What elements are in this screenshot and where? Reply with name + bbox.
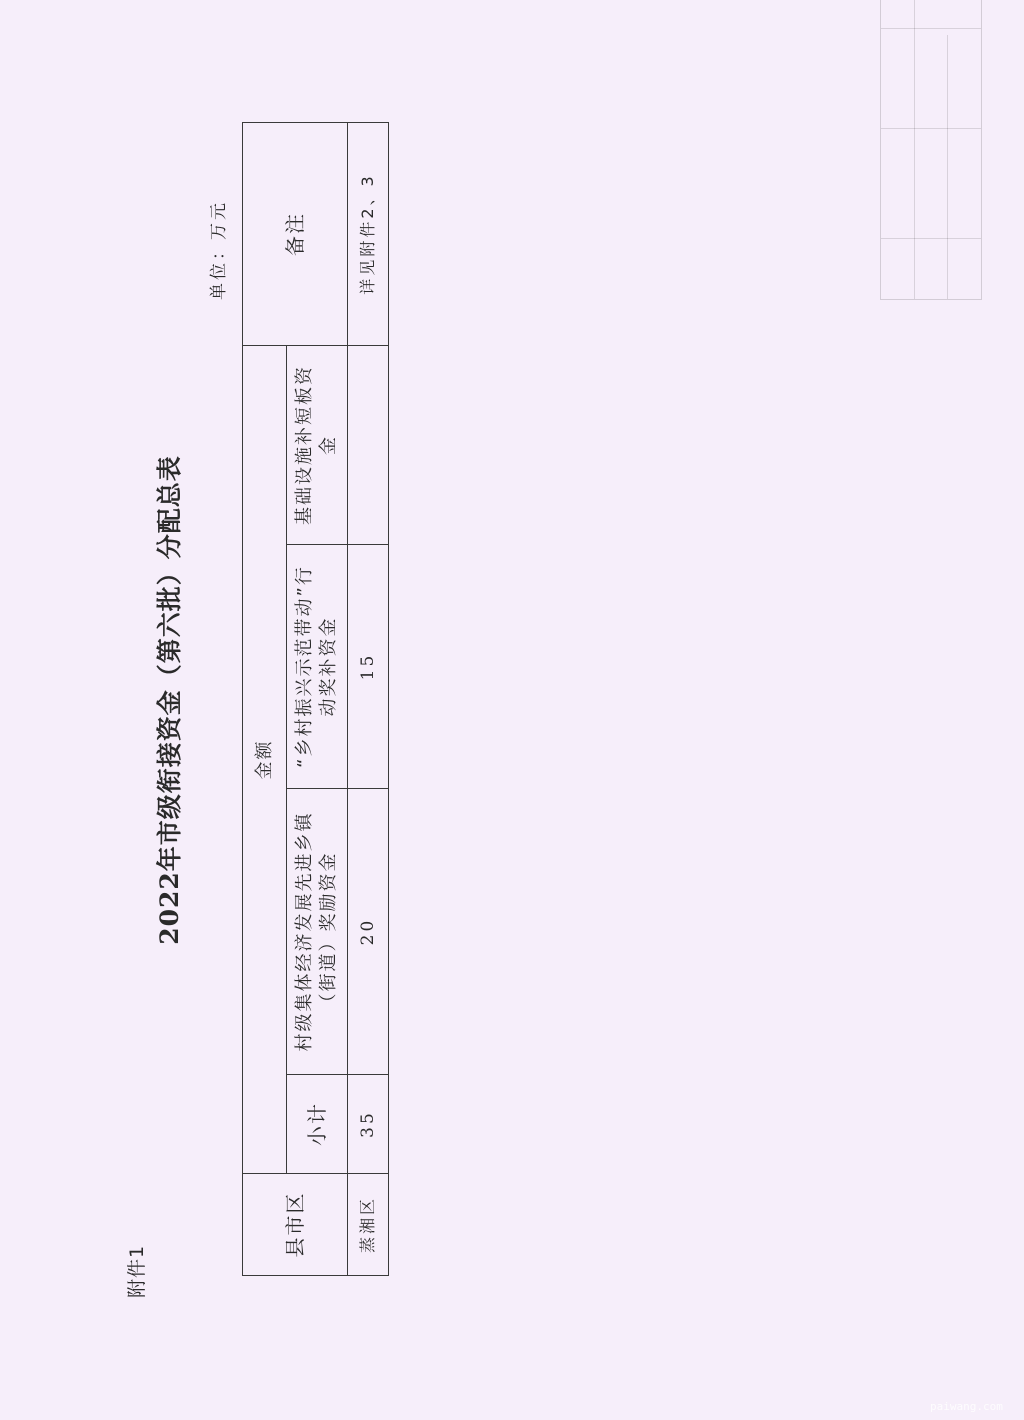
- header-county: 县市区: [243, 1174, 348, 1276]
- header-amount-group: 金额: [243, 346, 287, 1174]
- cell-subtotal: 35: [348, 1075, 389, 1174]
- cell-county: 蒸湘区: [348, 1174, 389, 1276]
- attachment-label: 附件1: [122, 1245, 149, 1298]
- cell-rural-revitalization: 15: [348, 545, 389, 789]
- header-rural-revitalization: “乡村振兴示范带动”行动奖补资金: [287, 545, 348, 789]
- header-infrastructure: 基础设施补短板资金: [287, 346, 348, 545]
- header-remarks: 备注: [243, 123, 348, 346]
- allocation-table: 县市区 金额 备注 小计 村级集体经济发展先进乡镇（街道）奖励资金 “乡村振兴示…: [242, 122, 389, 1276]
- watermark: paiwang.com: [930, 1400, 1003, 1413]
- bleed-through-table: [880, 0, 982, 300]
- table-row: 蒸湘区 35 20 15 详见附件2、3: [348, 123, 389, 1276]
- header-subtotal: 小计: [287, 1075, 348, 1174]
- cell-village-collective: 20: [348, 789, 389, 1075]
- unit-label: 单位：万元: [204, 200, 229, 300]
- cell-infrastructure: [348, 346, 389, 545]
- rotated-page: 附件1 2022年市级衔接资金（第六批）分配总表 单位：万元 县市区 金额 备注…: [0, 0, 1024, 1420]
- header-village-collective: 村级集体经济发展先进乡镇（街道）奖励资金: [287, 789, 348, 1075]
- cell-remarks: 详见附件2、3: [348, 123, 389, 346]
- header-row-1: 县市区 金额 备注: [243, 123, 287, 1276]
- page-title: 2022年市级衔接资金（第六批）分配总表: [150, 400, 186, 1000]
